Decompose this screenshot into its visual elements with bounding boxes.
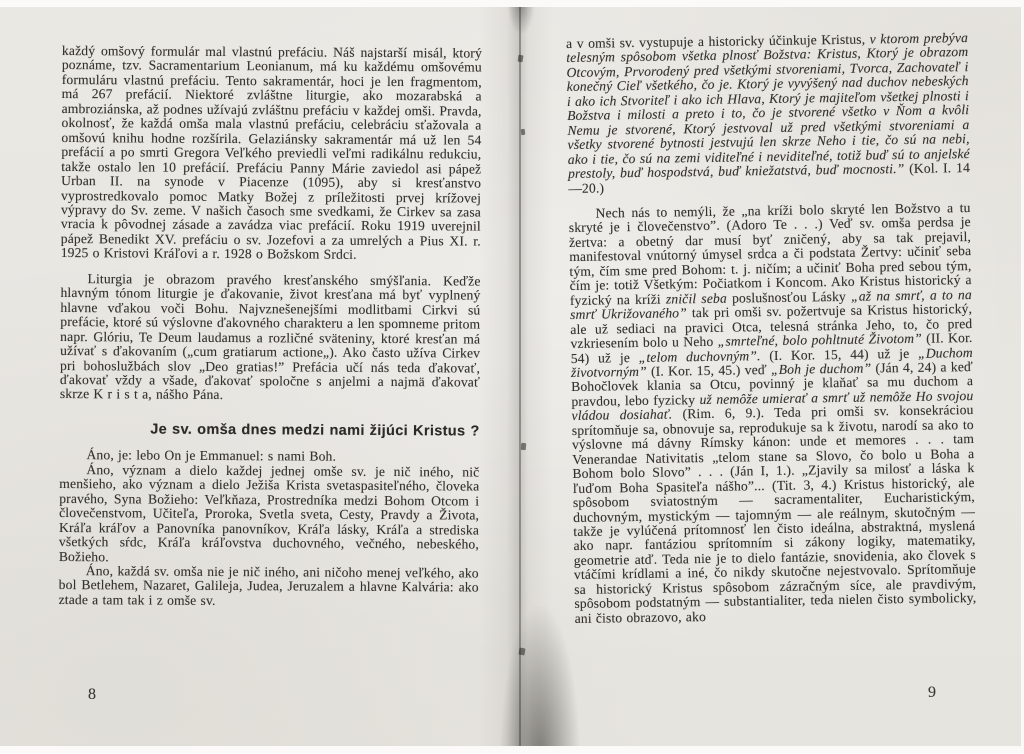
italic-text-run: v ktorom prebýva telesným spôsobom všetk… bbox=[566, 30, 970, 181]
page-right-text: a v omši sv. vystupuje a historicky účin… bbox=[566, 31, 977, 626]
binding-speck bbox=[521, 443, 526, 450]
text-run: Áno, každá sv. omša nie je nič iného, an… bbox=[59, 563, 479, 608]
text-run: (Rim. 6, 9.). Teda pri omši sv. konsekrá… bbox=[572, 402, 977, 625]
gutter-top-shadow bbox=[508, 7, 534, 33]
paragraph: Áno, každá sv. omša nie je nič iného, an… bbox=[59, 564, 479, 610]
page-left-text: každý omšový formulár mal vlastnú prefác… bbox=[59, 44, 482, 610]
paragraph: Liturgia je obrazom pravého kresťanského… bbox=[60, 272, 481, 405]
italic-text-run: zničil seba bbox=[666, 290, 732, 306]
page-number-left: 8 bbox=[88, 686, 96, 704]
text-run: Áno, význam a dielo každej jednej omše s… bbox=[59, 462, 480, 564]
binding-speck bbox=[521, 129, 526, 135]
binding-speck bbox=[518, 648, 525, 656]
paragraph: a v omši sv. vystupuje a historicky účin… bbox=[566, 31, 970, 196]
text-run: Liturgia je obrazom pravého kresťanského… bbox=[60, 271, 481, 402]
section-heading: Je sv. omša dnes medzi nami žijúci Krist… bbox=[60, 422, 480, 439]
text-run: každý omšový formulár mal vlastnú prefác… bbox=[61, 43, 482, 262]
paragraph: každý omšový formulár mal vlastnú prefác… bbox=[61, 44, 482, 263]
paragraph: Áno, význam a dielo každej jednej omše s… bbox=[59, 463, 480, 567]
page-number-right: 9 bbox=[928, 684, 936, 702]
binding-speck bbox=[518, 55, 524, 63]
gutter-bottom-shadow bbox=[500, 606, 580, 746]
paragraph: Nech nás to nemýli, že „na kríži bolo sk… bbox=[569, 201, 977, 626]
